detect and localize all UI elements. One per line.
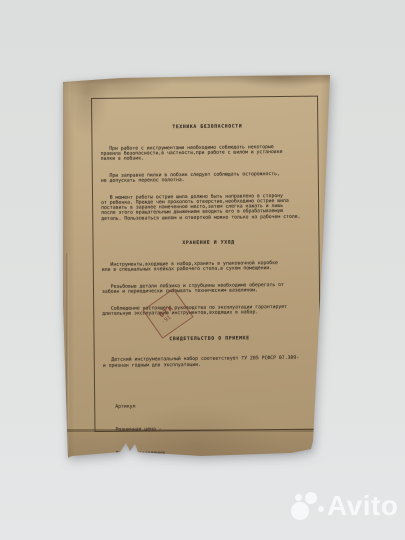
section-heading-safety: ТЕХНИКА БЕЗОПАСНОСТИ [100, 124, 314, 131]
page-border-frame: ТЕХНИКА БЕЗОПАСНОСТИ При работе с инстру… [91, 96, 321, 432]
page-content: ТЕХНИКА БЕЗОПАСНОСТИ При работе с инстру… [92, 97, 320, 431]
paragraph: Детский инструментальный набор соответст… [103, 356, 317, 369]
paper-sheet: ТЕХНИКА БЕЗОПАСНОСТИ При работе с инстру… [61, 73, 331, 461]
paragraph: Инструменты,входящие в набор,хранить в у… [102, 261, 316, 274]
field-otk-stamp-label: Штамп ОТК [116, 473, 318, 480]
photo-background: ТЕХНИКА БЕЗОПАСНОСТИ При работе с инстру… [0, 0, 405, 540]
paper-crease [66, 253, 69, 453]
logo-dot [318, 506, 324, 512]
section-heading-acceptance: СВИДЕТЕЛЬСТВО О ПРИЕМКЕ [103, 335, 317, 342]
paragraph: Резьбовые детали лобзика и струбцины нео… [102, 283, 316, 296]
paragraph: Соблюдение настоящего руководства по экс… [102, 304, 316, 317]
instruction-leaflet: ТЕХНИКА БЕЗОПАСНОСТИ При работе с инстру… [61, 73, 331, 461]
section-heading-storage: ХРАНЕНИЕ И УХОД [102, 240, 316, 247]
field-article: Артикул [115, 402, 317, 409]
paragraph: При заправке пилки в лобзик следует собл… [101, 172, 315, 185]
field-retail-price: Розничная цена - [115, 426, 317, 433]
field-manufacture-date: Дата изготовления [116, 450, 318, 457]
paragraph: При работе с инструментами необходимо со… [101, 145, 315, 163]
certificate-fields: Артикул Розничная цена - Дата изготовлен… [115, 392, 318, 499]
avito-watermark-text: Avito [327, 491, 398, 521]
logo-dot [295, 494, 302, 501]
avito-watermark: Avito [291, 491, 398, 521]
logo-dot [305, 492, 317, 504]
logo-dot [291, 502, 309, 520]
paragraph: В момент работы острие шила должно быть … [101, 194, 315, 222]
avito-logo-icon [291, 491, 324, 521]
